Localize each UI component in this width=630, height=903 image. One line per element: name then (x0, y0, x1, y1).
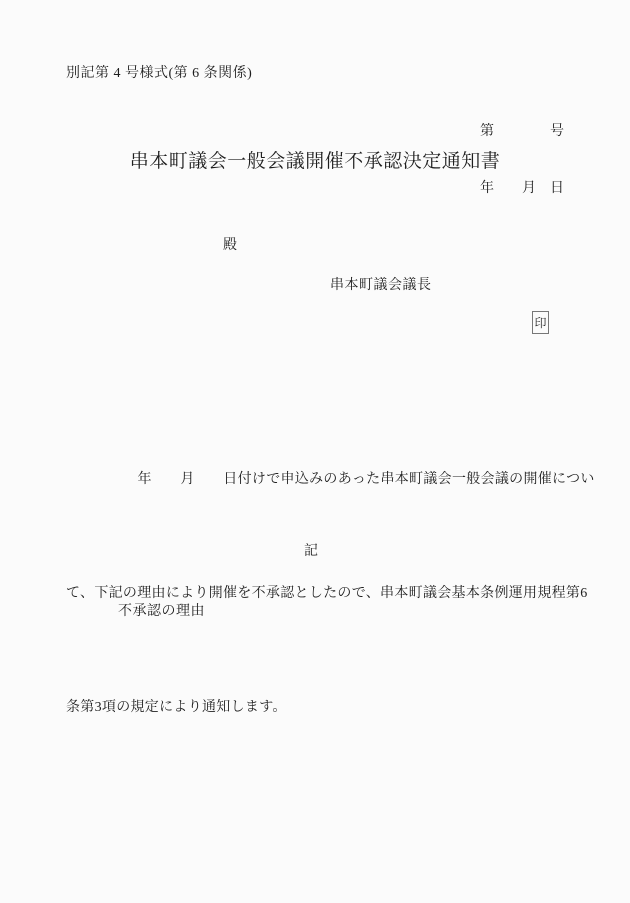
addressee-honorific: 殿 (223, 234, 237, 254)
body-line: 条第3項の規定により通知します。 (66, 689, 586, 727)
form-style-label: 別記第 4 号様式(第 6 条関係) (66, 62, 252, 82)
seal-label: 印 (534, 314, 546, 331)
document-title: 串本町議会一般会議開催不承認決定通知書 (0, 146, 630, 173)
body-line: 年 月 日付けで申込みのあった串本町議会一般会議の開催につい (66, 461, 586, 499)
body-paragraph: 年 月 日付けで申込みのあった串本町議会一般会議の開催につい て、下記の理由によ… (66, 385, 586, 803)
sender-title: 串本町議会議長 (330, 274, 432, 294)
document-page: 別記第 4 号様式(第 6 条関係) 第 号 年 月 日 串本町議会一般会議開催… (0, 0, 630, 903)
document-date-line: 年 月 日 (480, 179, 564, 198)
reason-heading: 不承認の理由 (118, 600, 205, 620)
itemization-marker: 記 (0, 540, 622, 560)
seal-placeholder-box: 印 (532, 311, 549, 334)
document-number-line: 第 号 (480, 122, 564, 141)
